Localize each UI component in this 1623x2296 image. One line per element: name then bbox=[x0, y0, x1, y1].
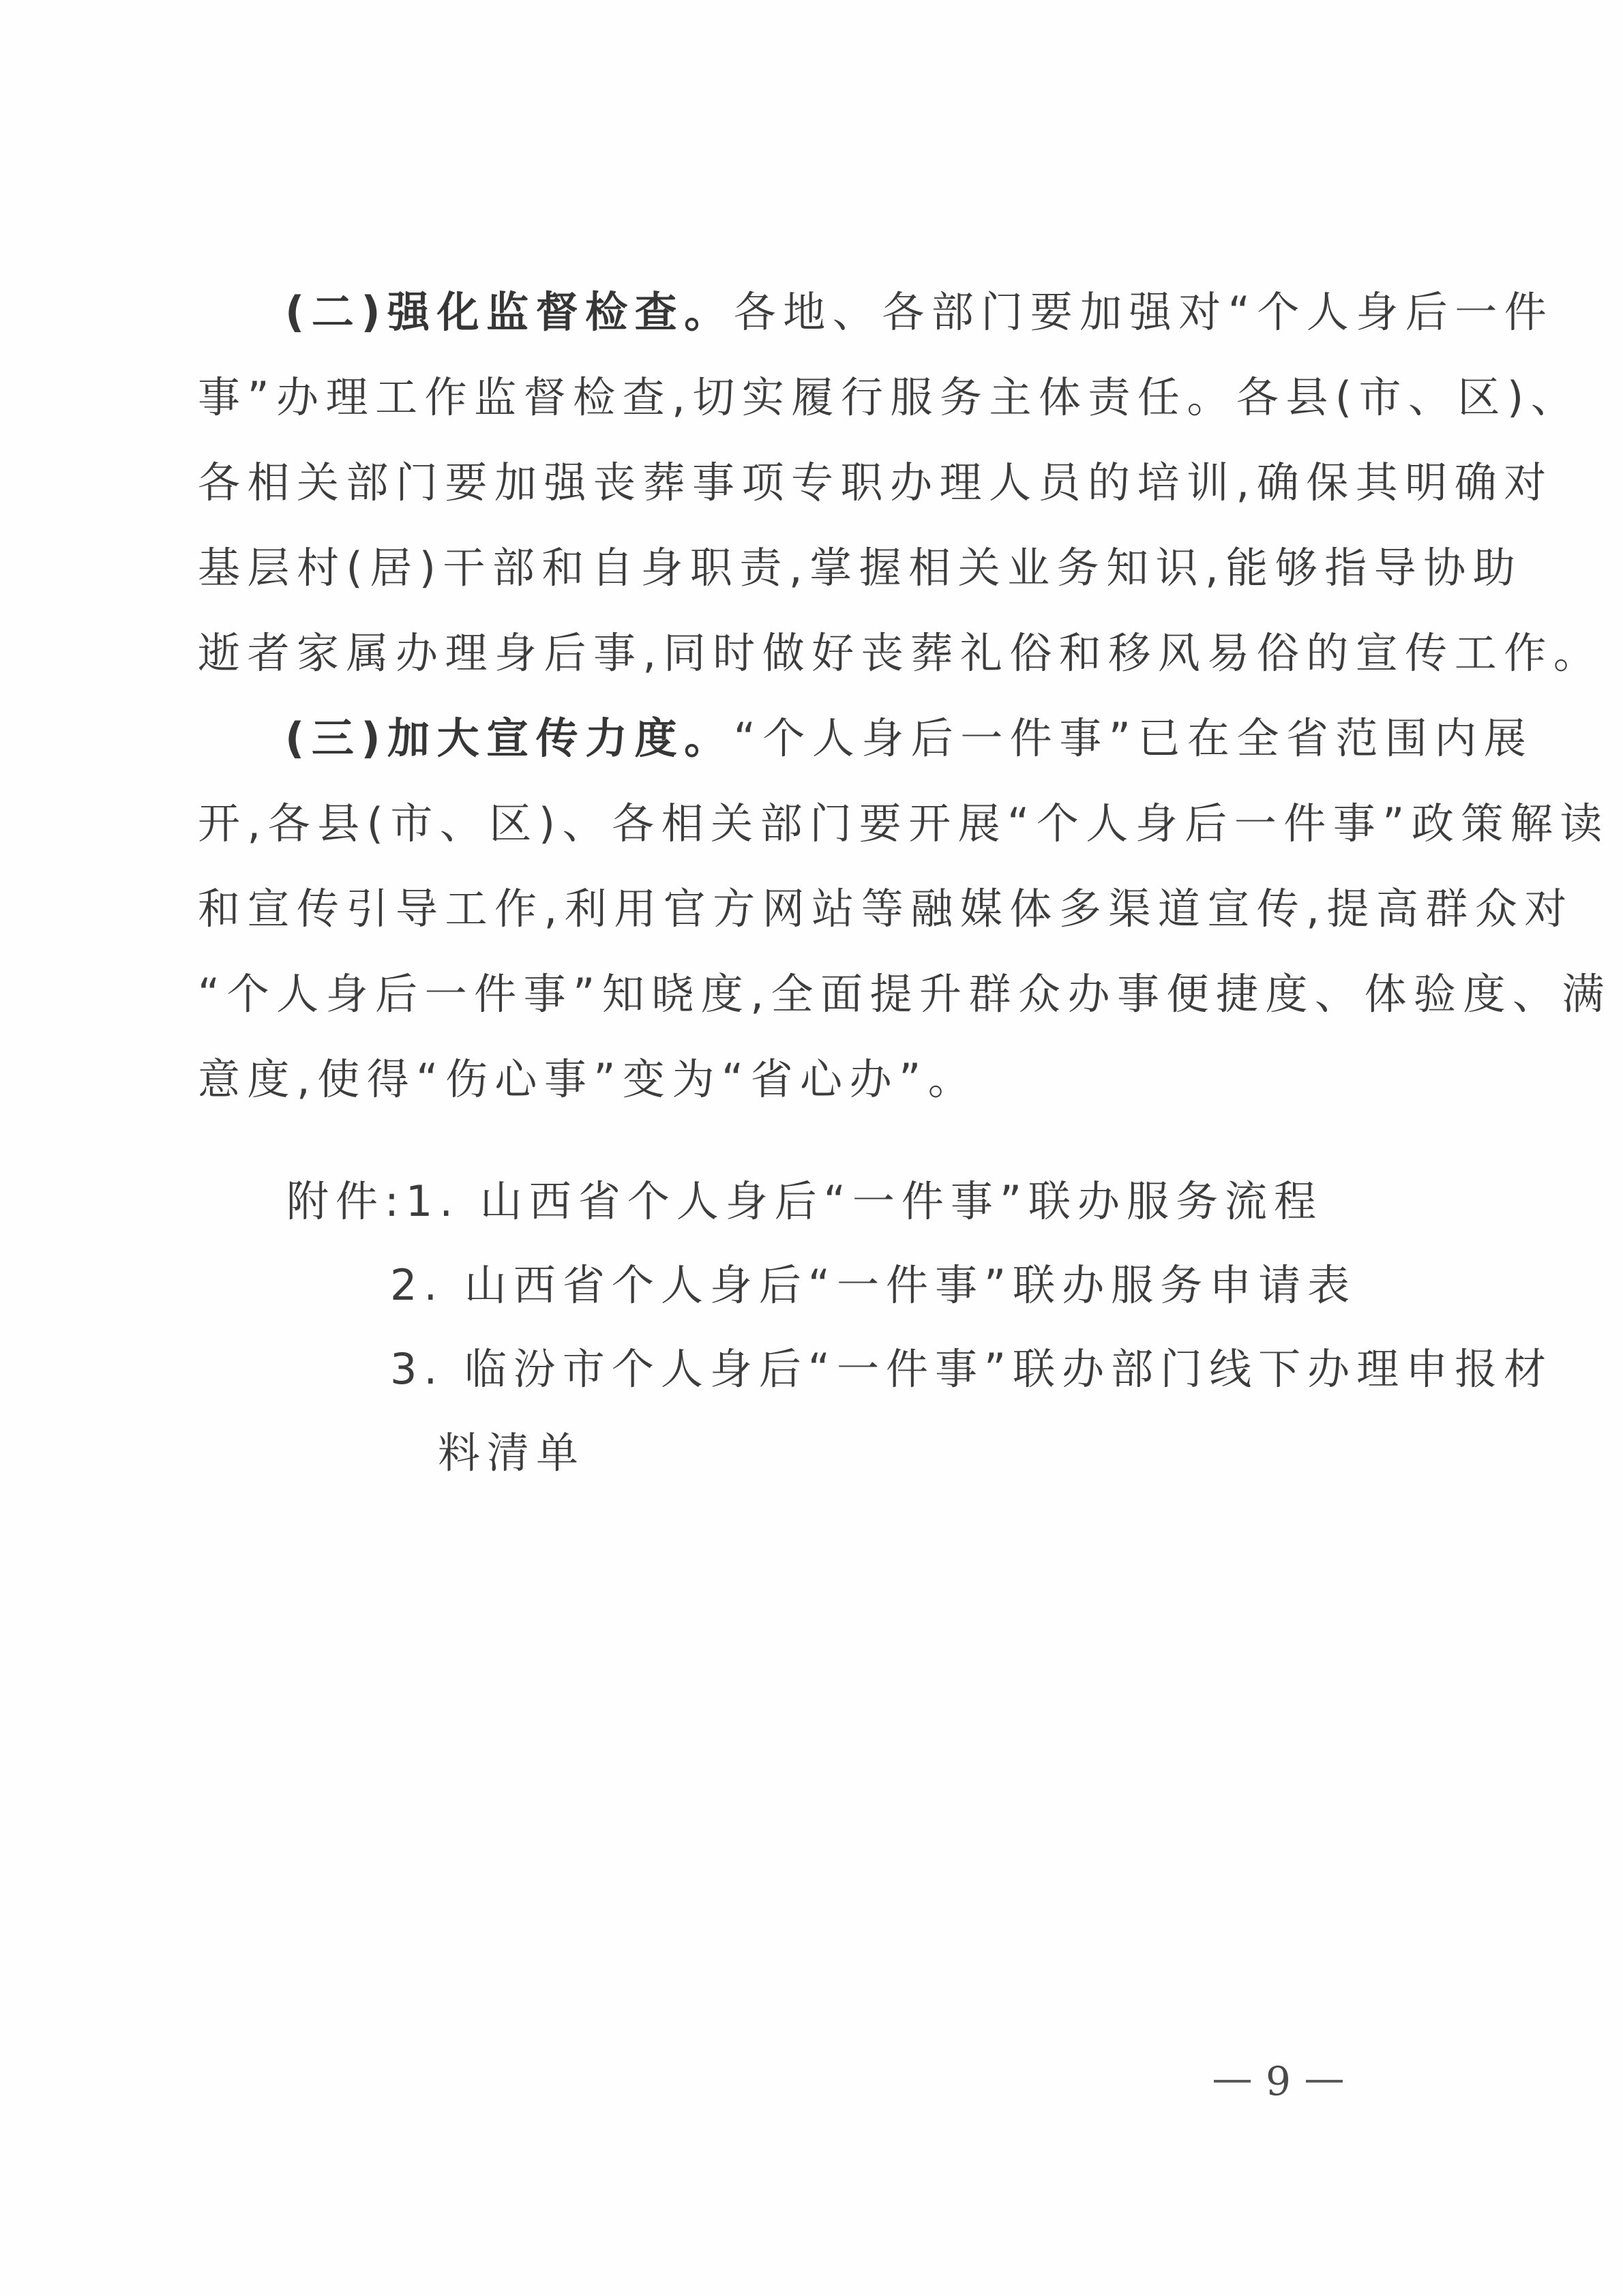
paragraph-line: 逝者家属办理身后事,同时做好丧葬礼俗和移风易俗的宣传工作。 bbox=[198, 610, 1398, 696]
attachment-item-3: 3. 临汾市个人身后“一件事”联办部门线下办理申报材 bbox=[286, 1327, 1405, 1411]
paragraph-line: “个人身后一件事”知晓度,全面提升群众办事便捷度、体验度、满 bbox=[198, 951, 1398, 1037]
paragraph-line: (二)强化监督检查。各地、各部门要加强对“个人身后一件 bbox=[198, 269, 1398, 355]
paragraph-line: 开,各县(市、区)、各相关部门要开展“个人身后一件事”政策解读 bbox=[198, 781, 1398, 866]
attachment-item-2: 2. 山西省个人身后“一件事”联办服务申请表 bbox=[286, 1243, 1405, 1327]
attachments-label: 附件: bbox=[286, 1176, 406, 1226]
attachments-list: 附件:1. 山西省个人身后“一件事”联办服务流程 2. 山西省个人身后“一件事”… bbox=[286, 1159, 1405, 1495]
paragraph-text: 各地、各部门要加强对“个人身后一件 bbox=[734, 287, 1554, 337]
paragraph-line: 事”办理工作监督检查,切实履行服务主体责任。各县(市、区)、 bbox=[198, 355, 1398, 440]
page-number-dash-left bbox=[1214, 2080, 1251, 2083]
paragraph-line: (三)加大宣传力度。“个人身后一件事”已在全省范围内展 bbox=[198, 696, 1398, 781]
paragraph-line: 意度,使得“伤心事”变为“省心办”。 bbox=[198, 1037, 1398, 1122]
document-page: (二)强化监督检查。各地、各部门要加强对“个人身后一件 事”办理工作监督检查,切… bbox=[0, 0, 1623, 2296]
page-number-value: 9 bbox=[1266, 2058, 1291, 2104]
paragraph-line: 和宣传引导工作,利用官方网站等融媒体多渠道宣传,提高群众对 bbox=[198, 866, 1398, 951]
paragraph-text: “个人身后一件事”已在全省范围内展 bbox=[734, 713, 1534, 763]
paragraph-line: 各相关部门要加强丧葬事项专职办理人员的培训,确保其明确对 bbox=[198, 440, 1398, 525]
document-body: (二)强化监督检查。各地、各部门要加强对“个人身后一件 事”办理工作监督检查,切… bbox=[198, 269, 1398, 1122]
page-number-dash-right bbox=[1306, 2080, 1343, 2083]
attachment-title: 1. 山西省个人身后“一件事”联办服务流程 bbox=[406, 1176, 1323, 1226]
section-heading-3: (三)加大宣传力度。 bbox=[285, 713, 734, 763]
paragraph-line: 基层村(居)干部和自身职责,掌握相关业务知识,能够指导协助 bbox=[198, 525, 1398, 610]
attachment-item-1: 附件:1. 山西省个人身后“一件事”联办服务流程 bbox=[286, 1159, 1405, 1243]
attachment-item-3-continued: 料清单 bbox=[286, 1411, 1405, 1495]
page-number: 9 bbox=[1214, 2058, 1343, 2104]
section-heading-2: (二)强化监督检查。 bbox=[285, 287, 734, 337]
